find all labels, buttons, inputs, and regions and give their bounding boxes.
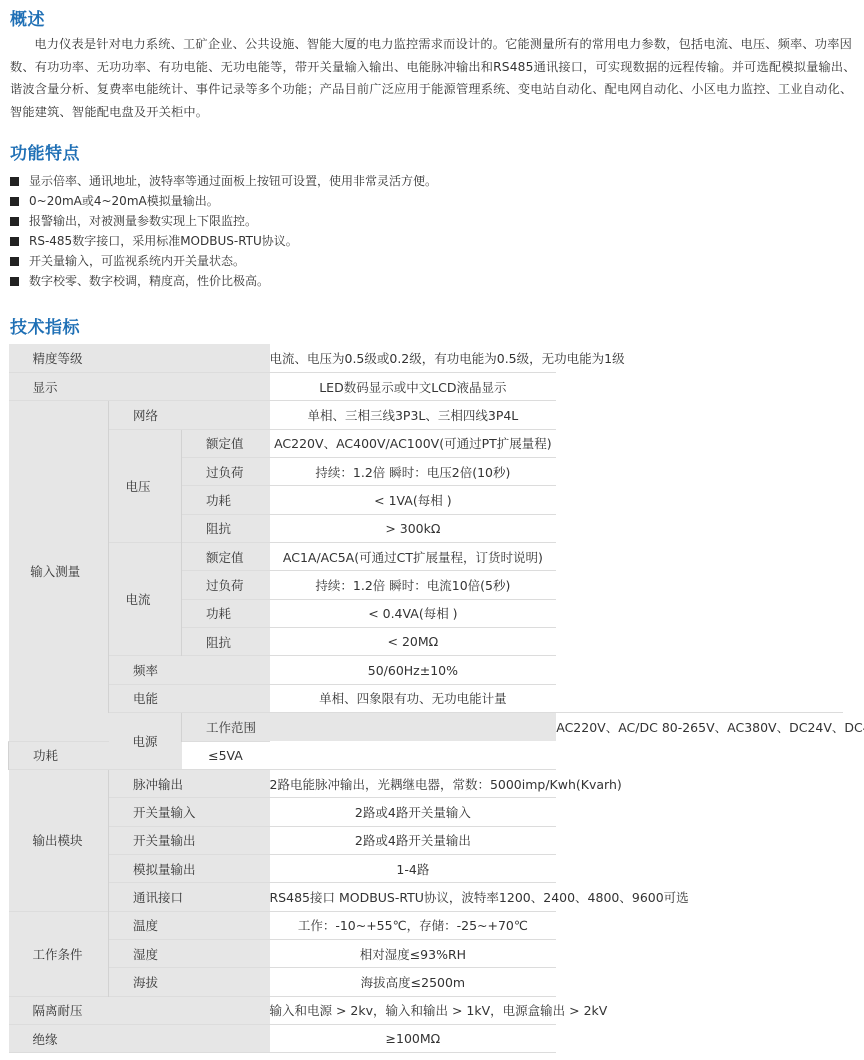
spec-table: 精度等级 电流、电压为0.5级或0.2级，有功电能为0.5级，无功电能为1级 显… — [8, 344, 843, 1053]
row-value: > 300kΩ — [270, 514, 557, 542]
row-label: 开关量输入 — [109, 798, 270, 826]
row-label: 阻抗 — [182, 628, 270, 656]
row-label: 开关量输出 — [109, 826, 270, 854]
row-label: 功耗 — [182, 599, 270, 627]
table-row: 工作条件 温度 工作：-10~+55℃，存储：-25~+70℃ — [9, 911, 844, 939]
square-bullet-icon — [10, 277, 19, 286]
row-label: 模拟量输出 — [109, 854, 270, 882]
row-value: 单相、三相三线3P3L、三相四线3P4L — [270, 401, 557, 429]
feature-item: 0~20mA或4~20mA模拟量输出。 — [10, 191, 437, 211]
specs-heading: 技术指标 — [10, 313, 80, 338]
row-value: < 1VA(每相 ) — [270, 486, 557, 514]
row-value: AC220V、AC400V/AC100V(可通过PT扩展量程) — [270, 429, 557, 457]
row-label: 显示 — [9, 372, 270, 400]
row-label: 额定值 — [182, 429, 270, 457]
table-row: 电压 额定值 AC220V、AC400V/AC100V(可通过PT扩展量程) — [9, 429, 844, 457]
feature-item: 数字校零、数字校调，精度高，性价比极高。 — [10, 271, 437, 291]
table-row: 电源 工作范围 AC220V、AC/DC 80-265V、AC380V、DC24… — [9, 713, 844, 741]
row-value: AC1A/AC5A(可通过CT扩展量程，订货时说明) — [270, 543, 557, 571]
row-value: 持续：1.2倍 瞬时：电压2倍(10秒) — [270, 457, 557, 485]
row-label: 网络 — [109, 401, 270, 429]
row-label: 额定值 — [182, 543, 270, 571]
table-row: 输入测量 网络 单相、三相三线3P3L、三相四线3P4L — [9, 401, 844, 429]
row-label: 过负荷 — [182, 457, 270, 485]
row-value: 输入和电源 > 2kv，输入和输出 > 1kV，电源盒输出 > 2kV — [270, 996, 557, 1024]
table-row: 电流 额定值 AC1A/AC5A(可通过CT扩展量程，订货时说明) — [9, 543, 844, 571]
row-value: LED数码显示或中文LCD液晶显示 — [270, 372, 557, 400]
row-label: 隔离耐压 — [9, 996, 270, 1024]
feature-item: 报警输出，对被测量参数实现上下限监控。 — [10, 211, 437, 231]
row-value: ≤5VA — [182, 741, 270, 769]
square-bullet-icon — [10, 237, 19, 246]
row-label: 功耗 — [182, 486, 270, 514]
table-row: 电能 单相、四象限有功、无功电能计量 — [9, 684, 844, 712]
row-value: 2路或4路开关量输出 — [270, 826, 557, 854]
features-heading: 功能特点 — [10, 139, 80, 164]
table-row: 隔离耐压 输入和电源 > 2kv，输入和输出 > 1kV，电源盒输出 > 2kV — [9, 996, 844, 1024]
table-row: 开关量输入 2路或4路开关量输入 — [9, 798, 844, 826]
table-row: 湿度 相对湿度≤93%RH — [9, 940, 844, 968]
row-value: 海拔高度≤2500m — [270, 968, 557, 996]
feature-item: RS-485数字接口，采用标准MODBUS-RTU协议。 — [10, 231, 437, 251]
row-label: 温度 — [109, 911, 270, 939]
table-row: 绝缘 ≥100MΩ — [9, 1025, 844, 1053]
table-row: 频率 50/60Hz±10% — [9, 656, 844, 684]
row-label: 工作范围 — [182, 713, 557, 741]
row-label: 电能 — [109, 684, 270, 712]
group-label: 输出模块 — [9, 769, 109, 911]
row-value: 50/60Hz±10% — [270, 656, 557, 684]
features-list: 显示倍率、通讯地址，波特率等通过面板上按钮可设置，使用非常灵活方便。 0~20m… — [10, 171, 437, 291]
overview-paragraph: 电力仪表是针对电力系统、工矿企业、公共设施、智能大厦的电力监控需求而设计的。它能… — [10, 33, 856, 123]
row-value: 2路或4路开关量输入 — [270, 798, 557, 826]
feature-item: 显示倍率、通讯地址，波特率等通过面板上按钮可设置，使用非常灵活方便。 — [10, 171, 437, 191]
row-value: 相对湿度≤93%RH — [270, 940, 557, 968]
row-value: 2路电能脉冲输出，光耦继电器，常数：5000imp/Kwh(Kvarh) — [270, 769, 557, 797]
row-value: 工作：-10~+55℃，存储：-25~+70℃ — [270, 911, 557, 939]
row-value: AC220V、AC/DC 80-265V、AC380V、DC24V、DC48V — [556, 713, 843, 741]
row-label: 频率 — [109, 656, 270, 684]
row-label: 精度等级 — [9, 344, 270, 372]
overview-heading: 概述 — [10, 5, 45, 30]
row-value: < 0.4VA(每相 ) — [270, 599, 557, 627]
row-value: 电流、电压为0.5级或0.2级，有功电能为0.5级，无功电能为1级 — [270, 344, 557, 372]
square-bullet-icon — [10, 177, 19, 186]
table-row: 开关量输出 2路或4路开关量输出 — [9, 826, 844, 854]
group-label: 输入测量 — [9, 401, 109, 741]
group-label: 工作条件 — [9, 911, 109, 996]
row-label: 脉冲输出 — [109, 769, 270, 797]
row-value: < 20MΩ — [270, 628, 557, 656]
row-value: 持续：1.2倍 瞬时：电流10倍(5秒) — [270, 571, 557, 599]
row-label: 阻抗 — [182, 514, 270, 542]
row-label: 海拔 — [109, 968, 270, 996]
row-value: ≥100MΩ — [270, 1025, 557, 1053]
table-row: 通讯接口 RS485接口 MODBUS-RTU协议，波特率1200、2400、4… — [9, 883, 844, 911]
square-bullet-icon — [10, 257, 19, 266]
subgroup-label: 电流 — [109, 543, 182, 656]
table-row: 显示 LED数码显示或中文LCD液晶显示 — [9, 372, 844, 400]
square-bullet-icon — [10, 217, 19, 226]
row-label: 通讯接口 — [109, 883, 270, 911]
table-row: 输出模块 脉冲输出 2路电能脉冲输出，光耦继电器，常数：5000imp/Kwh(… — [9, 769, 844, 797]
row-value: 1-4路 — [270, 854, 557, 882]
subgroup-label: 电压 — [109, 429, 182, 542]
row-label: 过负荷 — [182, 571, 270, 599]
row-label: 湿度 — [109, 940, 270, 968]
table-row: 海拔 海拔高度≤2500m — [9, 968, 844, 996]
feature-item: 开关量输入，可监视系统内开关量状态。 — [10, 251, 437, 271]
table-row: 模拟量输出 1-4路 — [9, 854, 844, 882]
row-value: RS485接口 MODBUS-RTU协议，波特率1200、2400、4800、9… — [270, 883, 557, 911]
row-label: 绝缘 — [9, 1025, 270, 1053]
table-row: 精度等级 电流、电压为0.5级或0.2级，有功电能为0.5级，无功电能为1级 — [9, 344, 844, 372]
square-bullet-icon — [10, 197, 19, 206]
row-value: 单相、四象限有功、无功电能计量 — [270, 684, 557, 712]
